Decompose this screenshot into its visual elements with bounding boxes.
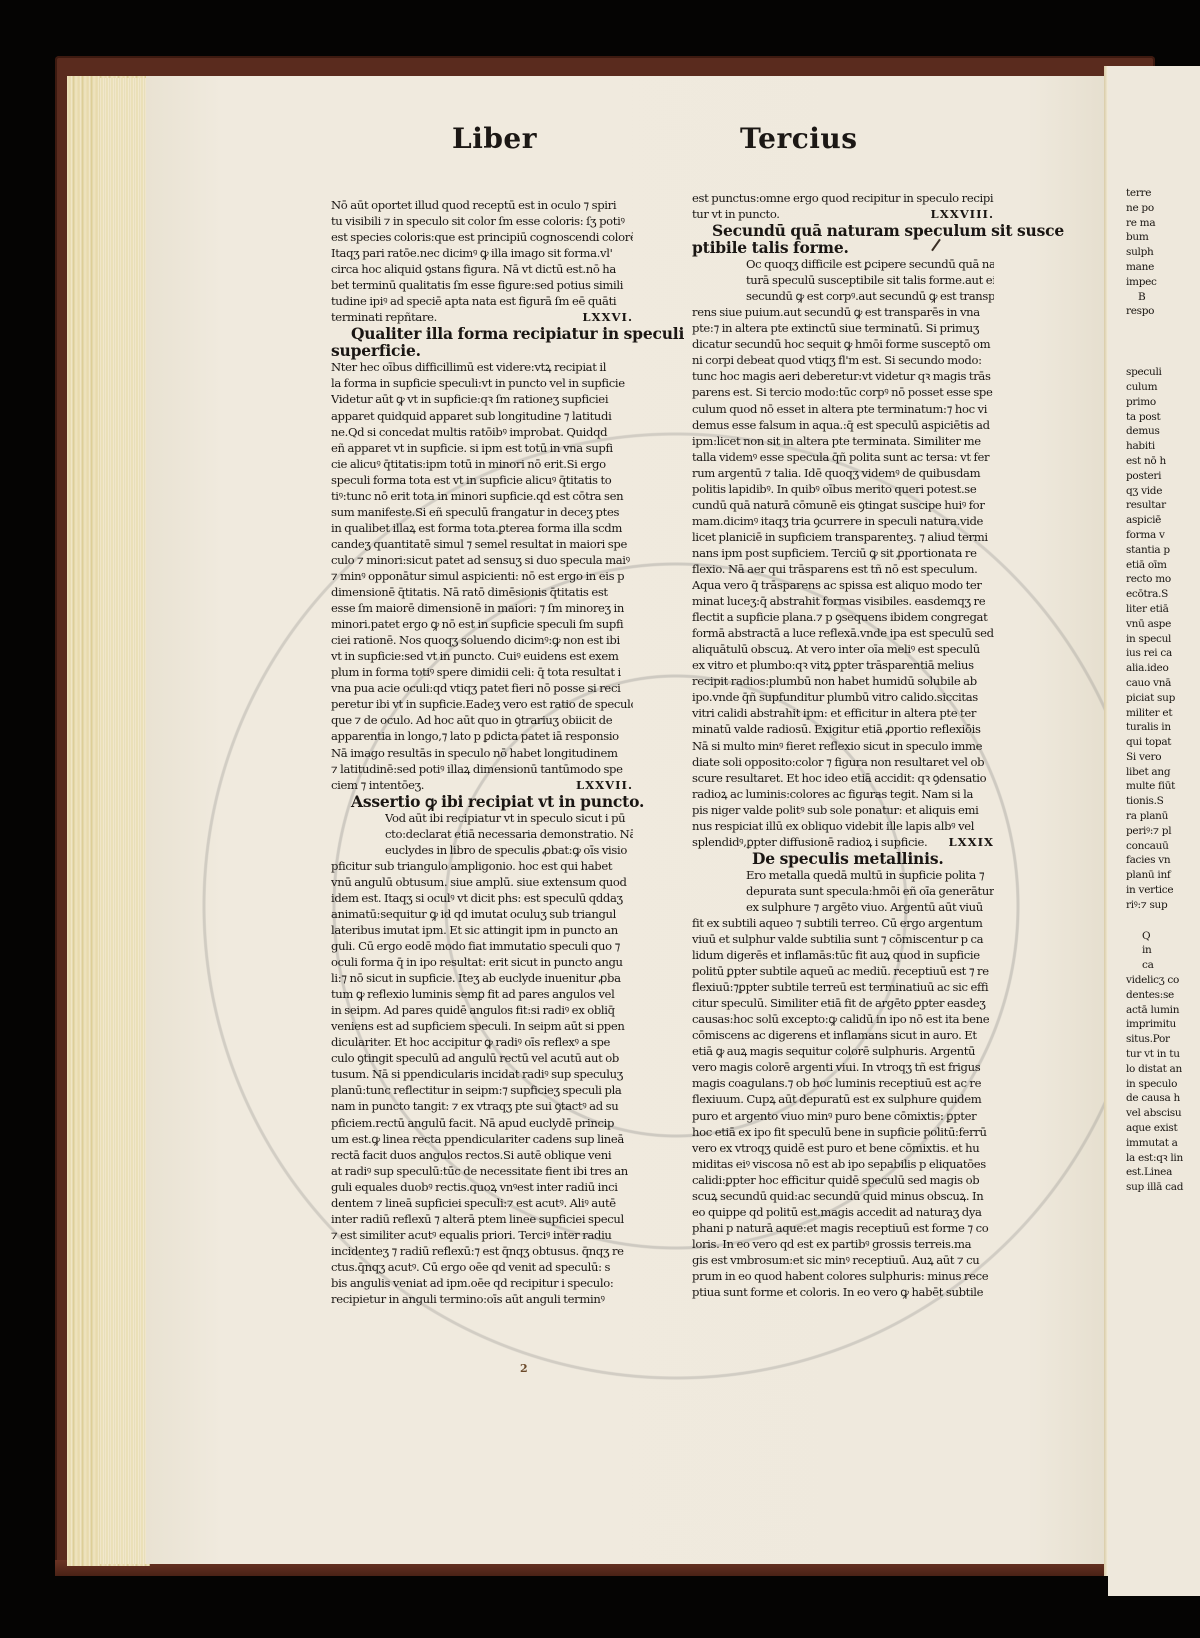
text-line: in seipm. Ad pares quidē angulos fit:si …: [331, 1002, 633, 1018]
text-line: scure resultaret. Et hoc ideo etiā accid…: [692, 770, 994, 786]
text-line-content: in seipm. Ad pares quidē angulos fit:si …: [331, 1002, 615, 1018]
text-line: vero magis colorē argenti viui. In vtroq…: [692, 1059, 994, 1075]
text-line: ex vitro et plumbo:qꝛ vitꝝ ꝑpter trāspar…: [692, 657, 994, 673]
text-line: cie alicuꝰ q̄titatis:ipm totū in minori …: [331, 456, 633, 472]
text-line: vitri calidi abstrahit ipm: et efficitur…: [692, 705, 994, 721]
text-line: formā abstractā a luce reflexā.vnde ipa …: [692, 625, 994, 641]
text-line-content: recipietur in anguli termino:oīs aūt ang…: [331, 1291, 605, 1307]
text-line-content: tum ꝙ reflexio luminis semꝑ fit ad pares…: [331, 986, 614, 1002]
chapter-number: LXXVIII.: [931, 206, 994, 222]
text-line: ⁊ est similiter acutꝰ equalis priori. Te…: [331, 1227, 633, 1243]
facing-line: situs.Por: [1126, 1032, 1200, 1047]
facing-line: piciat sup: [1126, 691, 1200, 706]
facing-line: qʒ vide: [1126, 484, 1200, 499]
text-line-content: la forma in supficie speculi:vt in punct…: [331, 375, 625, 391]
text-line: la forma in supficie speculi:vt in punct…: [331, 375, 633, 391]
text-line-content: oculi forma q̄ in ipo resultat: erit sic…: [331, 954, 623, 970]
line-with-chapter-number: terminati repñtare. LXXVI.: [331, 309, 633, 325]
text-line: ipo.vnde q̄ñ supfunditur plumbū vitro ca…: [692, 689, 994, 705]
facing-line: ius rei ca: [1126, 646, 1200, 661]
text-line: nus respiciat illū ex obliquo videbit il…: [692, 818, 994, 834]
text-line-content: nans ipm post supficiem. Terciū ꝙ sit ꝓp…: [692, 545, 977, 561]
chapter-number: LXXIX: [948, 834, 994, 850]
left-text-column: Nō aūt oportet illud quod receptū est in…: [331, 197, 633, 1307]
text-line: tur vt in puncto.LXXVIII.: [692, 206, 994, 222]
facing-line: liter etiā: [1126, 602, 1200, 617]
text-line: pte:⁊ in altera pte extinctū siue termin…: [692, 320, 994, 336]
text-line-content: ipo.vnde q̄ñ supfunditur plumbū vitro ca…: [692, 689, 978, 705]
text-line: euclydes in libro de speculis ꝓbat:ꝙ oīs…: [385, 842, 633, 858]
text-line-content: vnū angulū obtusum. siue amplū. siue ext…: [331, 874, 627, 890]
text-line-content: tu visibili ⁊ in speculo sit color ſm es…: [331, 213, 625, 229]
text-line: dicatur secundū hoc sequit ꝙ hmōi forme …: [692, 336, 994, 352]
text-line-content: ex sulphure ⁊ argēto viuo. Argentū aūt v…: [746, 899, 983, 915]
text-line-content: planū:tunc reflectitur in seipm:⁊ supfic…: [331, 1082, 622, 1098]
text-line-content: inter radiū reflexū ⁊ alterā ptem linee …: [331, 1211, 624, 1227]
text-line: apparentia in longo,⁊ lato p ꝑdicta pate…: [331, 728, 633, 744]
facing-line: dentes:se: [1126, 988, 1200, 1003]
text-line-content: vt in supficie:sed vt in puncto. Cuiꝰ eu…: [331, 648, 618, 664]
text-line: flexio. Nā aer qui trāsparens est tñ nō …: [692, 561, 994, 577]
text-line-content: pis niger valde politꝰ sub sole ponatur:…: [692, 802, 979, 818]
text-line-content: ipm:licet non sit in altera pte terminat…: [692, 433, 981, 449]
text-line-content: ⁊ minꝰ opponātur simul aspicienti: nō es…: [331, 568, 624, 584]
facing-line: forma v: [1126, 528, 1200, 543]
text-line: cōmiscens ac digerens et inflamans sicut…: [692, 1027, 994, 1043]
text-line-content: cie alicuꝰ q̄titatis:ipm totū in minori …: [331, 456, 606, 472]
facing-line: respo: [1126, 304, 1200, 319]
text-line-content: tusum. Nā si ppendicularis incidat radiꝰ…: [331, 1066, 623, 1082]
facing-line: imprimitu: [1126, 1017, 1200, 1032]
text-line: ni corpi debeat quod vtiqʒ fl'm est. Si …: [692, 352, 994, 368]
text-line-content: ⁊ est similiter acutꝰ equalis priori. Te…: [331, 1227, 612, 1243]
text-line-content: flexiuū:⁊ꝑpter subtile terreū est termin…: [692, 979, 988, 995]
text-line: flexiuū:⁊ꝑpter subtile terreū est termin…: [692, 979, 994, 995]
text-line-content: peretur ibi vt in supficie.Eadeʒ vero es…: [331, 696, 633, 712]
text-line-content: formā abstractā a luce reflexā.vnde ipa …: [692, 625, 994, 641]
text-line-content: fit ex subtili aqueo ⁊ subtili terreo. C…: [692, 915, 983, 931]
text-line: parens est. Si tercio modo:tūc corpꝰ nō …: [692, 384, 994, 400]
facing-line: immutat a: [1126, 1136, 1200, 1151]
text-line-content: Nō aūt oportet illud quod receptū est in…: [331, 197, 616, 213]
text-line: nam in puncto tangit: ⁊ ex vtraqʒ pte su…: [331, 1098, 633, 1114]
text-line: planū:tunc reflectitur in seipm:⁊ supfic…: [331, 1082, 633, 1098]
text-line-content: vero magis colorē argenti viui. In vtroq…: [692, 1059, 980, 1075]
facing-line: in: [1126, 943, 1200, 958]
text-line-content: minori.patet ergo ꝙ nō est in supficie s…: [331, 616, 623, 632]
text-line-content: plum in forma totiꝰ spere dimidii celi: …: [331, 664, 621, 680]
text-line: rens siue puium.aut secundū ꝙ est transp…: [692, 304, 994, 320]
facing-line: ne po: [1126, 201, 1200, 216]
text-line: Itaqʒ pari ratōe.nec dicimꝰ ꝙ illa imago…: [331, 245, 633, 261]
text-line-content: dicatur secundū hoc sequit ꝙ hmōi forme …: [692, 336, 990, 352]
chapter-heading-77: Assertio ꝙ ibi recipiat vt in puncto.: [331, 793, 633, 810]
chapter-heading-79: De speculis metallinis.: [692, 850, 994, 867]
facing-line: demus: [1126, 424, 1200, 439]
right-text-column: est punctus:omne ergo quod recipitur in …: [692, 190, 994, 1300]
text-line: splendidꝰ,ꝑpter diffusionē radioꝝ i supf…: [692, 834, 994, 850]
text-line-content: miditas eiꝰ viscosa nō est ab ipo sepabi…: [692, 1156, 986, 1172]
text-line: cto:declarat etiā necessaria demonstrati…: [385, 826, 633, 842]
facing-line: tur vt in tu: [1126, 1047, 1200, 1062]
text-line-content: radioꝝ ac luminis:colores ac figuras teg…: [692, 786, 973, 802]
running-head-tercius: Tercius: [740, 122, 858, 155]
left-paragraph-1: Nō aūt oportet illud quod receptū est in…: [331, 197, 633, 309]
facing-line: primo: [1126, 395, 1200, 410]
text-line-content: euclydes in libro de speculis ꝓbat:ꝙ oīs…: [385, 842, 627, 858]
text-line: ⁊ latitudinē:sed potiꝰ illaꝝ dimensionū …: [331, 761, 633, 777]
text-line-content: rum argentū ⁊ talia. Idē quoqʒ videmꝰ de…: [692, 465, 980, 481]
text-line-content: demus esse falsum in aqua.:q̄ est specul…: [692, 417, 990, 433]
text-line: idem est. Itaqʒ si oculꝰ vt dicit phs: e…: [331, 890, 633, 906]
right-paragraph-1: est punctus:omne ergo quod recipitur in …: [692, 190, 994, 222]
text-line: radioꝝ ac luminis:colores ac figuras teg…: [692, 786, 994, 802]
text-line-content: vna pua acie oculi:qd vtiqʒ patet fieri …: [331, 680, 620, 696]
text-line: Nter hec oībus difficillimū est videre:v…: [331, 359, 633, 375]
text-line: mam.dicimꝰ itaqʒ tria ꝯcurrere in specul…: [692, 513, 994, 529]
facing-line: impec: [1126, 275, 1200, 290]
text-line: est species coloris:que est principiū co…: [331, 229, 633, 245]
text-line-content: at radiꝰ sup speculū:tūc de necessitate …: [331, 1163, 628, 1179]
text-line-content: est punctus:omne ergo quod recipitur in …: [692, 190, 993, 206]
text-line: talla videmꝰ esse specula q̄ñ polita sun…: [692, 449, 994, 465]
chapter-number: LXXVII.: [576, 777, 633, 793]
text-line: in qualibet illaꝝ est forma tota.ꝑterea …: [331, 520, 633, 536]
facing-line: stantia p: [1126, 543, 1200, 558]
text-line: culum quod nō esset in altera pte termin…: [692, 401, 994, 417]
text-line-content: ctus.q̄nqʒ acutꝰ. Cū ergo oēe qd venit a…: [331, 1259, 610, 1275]
right-paragraph-3: fit ex subtili aqueo ⁊ subtili terreo. C…: [692, 915, 994, 1300]
facing-page-text-fragments: terrene pore mabumsulphmaneimpecBresposp…: [1126, 186, 1200, 1195]
facing-line: multe fiūt: [1126, 779, 1200, 794]
text-line: turā speculū susceptibile sit talis form…: [746, 272, 994, 288]
text-line-content: que ⁊ de oculo. Ad hoc aūt quo in ꝯtrari…: [331, 712, 612, 728]
text-line: peretur ibi vt in supficie.Eadeʒ vero es…: [331, 696, 633, 712]
text-line-content: gis est vmbrosum:et sic minꝰ receptiuū. …: [692, 1252, 979, 1268]
text-line: eo quippe qd politū est.magis accedit ad…: [692, 1204, 994, 1220]
text-line: politū ꝑpter subtile aqueū ac mediū. rec…: [692, 963, 994, 979]
text-line-content: eñ apparet vt in supficie. si ipm est to…: [331, 440, 613, 456]
text-line-content: aliquātulū obscuꝝ. At vero inter oīa mel…: [692, 641, 980, 657]
facing-line: ra planū: [1126, 809, 1200, 824]
text-line-content: Aqua vero q̄ trāsparens ac spissa est al…: [692, 577, 982, 593]
text-line: minat luceʒ:q̄ abstrahit formas visibile…: [692, 593, 994, 609]
text-line: bet terminū qualitatis ſm esse figure:se…: [331, 277, 633, 293]
text-line-content: lidum digerēs et inflamās:tūc fit auꝝ qu…: [692, 947, 980, 963]
facing-line: Si vero: [1126, 750, 1200, 765]
text-line-content: um est.ꝙ linea recta ppendiculariter cad…: [331, 1131, 624, 1147]
text-line: culo ꝯtingit speculū ad angulū rectū vel…: [331, 1050, 633, 1066]
text-line-content: incidenteʒ ⁊ radiū reflexū:⁊ est q̄nqʒ o…: [331, 1243, 624, 1259]
facing-line: speculi: [1126, 365, 1200, 380]
text-line-content: pficiem.rectū angulū facit. Nā apud eucl…: [331, 1115, 614, 1131]
text-line-content: scuꝝ secundū quid:ac secundū quid minus …: [692, 1188, 983, 1204]
text-line-content: Oc quoqʒ difficile est ꝑcipere secundū q…: [746, 256, 994, 272]
text-line: plum in forma totiꝰ spere dimidii celi: …: [331, 664, 633, 680]
text-line: recipit radios:plumbū non habet humidū s…: [692, 673, 994, 689]
text-line: diculariter. Et hoc accipitur ꝙ radiꝰ oī…: [331, 1034, 633, 1050]
text-line-content: citur speculū. Similiter etiā fit de arg…: [692, 995, 986, 1011]
text-line-content: secundū ꝙ est corpꝰ.aut secundū ꝙ est tr…: [746, 288, 994, 304]
text-line: tum ꝙ reflexio luminis semꝑ fit ad pares…: [331, 986, 633, 1002]
text-line: animatū:sequitur ꝙ id qd imutat oculuʒ s…: [331, 906, 633, 922]
facing-line: alia.ideo: [1126, 661, 1200, 676]
facing-line: posteri: [1126, 469, 1200, 484]
facing-line: habiti: [1126, 439, 1200, 454]
facing-line: turalis in: [1126, 720, 1200, 735]
text-line-content: animatū:sequitur ꝙ id qd imutat oculuʒ s…: [331, 906, 616, 922]
text-line: vna pua acie oculi:qd vtiqʒ patet fieri …: [331, 680, 633, 696]
text-line: minori.patet ergo ꝙ nō est in supficie s…: [331, 616, 633, 632]
text-line: loris. In eo vero qd est ex partibꝰ gros…: [692, 1236, 994, 1252]
text-line: tudine ipiꝰ ad speciē apta nata est figu…: [331, 293, 633, 309]
text-line: pficitur sub triangulo ampligonio. hoc e…: [331, 858, 633, 874]
text-line: tu visibili ⁊ in speculo sit color ſm es…: [331, 213, 633, 229]
text-line: phani p naturā aque:et magis receptiuū e…: [692, 1220, 994, 1236]
facing-line: terre: [1126, 186, 1200, 201]
text-line-content: mam.dicimꝰ itaqʒ tria ꝯcurrere in specul…: [692, 513, 983, 529]
text-line-content: ciem ⁊ intentōeʒ.: [331, 777, 424, 793]
text-line: ex sulphure ⁊ argēto viuo. Argentū aūt v…: [746, 899, 994, 915]
text-line: apparet quidquid apparet sub longitudine…: [331, 408, 633, 424]
left-paragraph-3: pficitur sub triangulo ampligonio. hoc e…: [331, 858, 633, 1307]
text-line-content: ex vitro et plumbo:qꝛ vitꝝ ꝑpter trāspar…: [692, 657, 974, 673]
text-line: tiꝰ:tunc nō erit tota in minori supficie…: [331, 488, 633, 504]
facing-line: lo distat an: [1126, 1062, 1200, 1077]
text-line: vnū angulū obtusum. siue amplū. siue ext…: [331, 874, 633, 890]
text-line-content: vero ex vtroqʒ quidē est puro et bene cō…: [692, 1140, 979, 1156]
text-line: minatū valde radiosū. Exigitur etiā ꝓpor…: [692, 721, 994, 737]
text-line: guli equales duobꝰ rectis.quoꝝ vnꝰest in…: [331, 1179, 633, 1195]
text-line-content: candeʒ quantitatē simul ⁊ semel resultat…: [331, 536, 627, 552]
facing-line: est nō h: [1126, 454, 1200, 469]
facing-line: la est:qꝛ lin: [1126, 1151, 1200, 1166]
facing-line: resultar: [1126, 498, 1200, 513]
facing-line: vel abscisu: [1126, 1106, 1200, 1121]
facing-line: libet ang: [1126, 765, 1200, 780]
text-line: circa hoc aliquid ꝯstans figura. Nā vt d…: [331, 261, 633, 277]
text-line-content: tunc hoc magis aeri deberetur:vt videtur…: [692, 368, 991, 384]
text-line: etiā ꝙ auꝝ magis sequitur colorē sulphur…: [692, 1043, 994, 1059]
text-line-content: vitri calidi abstrahit ipm: et efficitur…: [692, 705, 976, 721]
text-line: oculi forma q̄ in ipo resultat: erit sic…: [331, 954, 633, 970]
text-line: ipm:licet non sit in altera pte terminat…: [692, 433, 994, 449]
text-line: eñ apparet vt in supficie. si ipm est to…: [331, 440, 633, 456]
text-line: hoc etiā ex ipo fit speculū bene in supf…: [692, 1124, 994, 1140]
text-line-content: dentem ⁊ lineā supficiei speculi:⁊ est a…: [331, 1195, 616, 1211]
text-line-content: tudine ipiꝰ ad speciē apta nata est figu…: [331, 293, 616, 309]
facing-line: facies vn: [1126, 853, 1200, 868]
chapter-heading-78: Secundū quā naturam speculum sit susce: [692, 222, 994, 239]
text-line-content: nam in puncto tangit: ⁊ ex vtraqʒ pte su…: [331, 1098, 618, 1114]
left-paragraph-2: Nter hec oībus difficillimū est videre:v…: [331, 359, 633, 792]
text-line: est punctus:omne ergo quod recipitur in …: [692, 190, 994, 206]
facing-line: planū inf: [1126, 868, 1200, 883]
text-line: ne.Qd si concedat multis ratōibꝰ improba…: [331, 424, 633, 440]
text-line: cundū quā naturā cōmunē eis ꝯtingat susc…: [692, 497, 994, 513]
text-line: Nā imago resultās in speculo nō habet lo…: [331, 745, 633, 761]
text-line: magis coagulans.⁊ ob hoc luminis recepti…: [692, 1075, 994, 1091]
text-line-content: loris. In eo vero qd est ex partibꝰ gros…: [692, 1236, 971, 1252]
page-stack-inner: [100, 78, 150, 1564]
text-line: inter radiū reflexū ⁊ alterā ptem linee …: [331, 1211, 633, 1227]
text-line-content: culum quod nō esset in altera pte termin…: [692, 401, 987, 417]
text-line: pis niger valde politꝰ sub sole ponatur:…: [692, 802, 994, 818]
text-line-content: ciei rationē. Nos quoqʒ soluendo dicimꝰ:…: [331, 632, 620, 648]
text-line: candeʒ quantitatē simul ⁊ semel resultat…: [331, 536, 633, 552]
text-line-content: eo quippe qd politū est.magis accedit ad…: [692, 1204, 982, 1220]
facing-line: bum: [1126, 230, 1200, 245]
facing-line: tionis.S: [1126, 794, 1200, 809]
facing-line: militer et: [1126, 706, 1200, 721]
text-line-content: politis lapidibꝰ. In quibꝰ oībus merito …: [692, 481, 976, 497]
text-line: li:⁊ nō sicut in supficie. Iteʒ ab eucly…: [331, 970, 633, 986]
text-line: pficiem.rectū angulū facit. Nā apud eucl…: [331, 1115, 633, 1131]
right-paragraph-2: rens siue puium.aut secundū ꝙ est transp…: [692, 304, 994, 850]
text-line: Nā si multo minꝰ fieret reflexio sicut i…: [692, 738, 994, 754]
text-line: ⁊ minꝰ opponātur simul aspicienti: nō es…: [331, 568, 633, 584]
text-line: Videtur aūt ꝙ vt in supficie:qꝛ ſm ratio…: [331, 391, 633, 407]
chapter-heading-76: Qualiter illa forma recipiatur in specul…: [331, 325, 633, 342]
text-line: tunc hoc magis aeri deberetur:vt videtur…: [692, 368, 994, 384]
text-line: calidi:ꝑpter hoc efficitur quidē speculū…: [692, 1172, 994, 1188]
facing-line: concauū: [1126, 839, 1200, 854]
text-line: rum argentū ⁊ talia. Idē quoqʒ videmꝰ de…: [692, 465, 994, 481]
text-line-content: ni corpi debeat quod vtiqʒ fl'm est. Si …: [692, 352, 982, 368]
text-line-content: tiꝰ:tunc nō erit tota in minori supficie…: [331, 488, 623, 504]
facing-line: vnū aspe: [1126, 617, 1200, 632]
text-line-content: recipit radios:plumbū non habet humidū s…: [692, 673, 977, 689]
text-line-content: flexiuum. Cupꝝ aūt depuratū est ex sulph…: [692, 1091, 981, 1107]
text-line: flectit a supficie plana.⁊ p ꝯsequens ib…: [692, 609, 994, 625]
text-line-content: bet terminū qualitatis ſm esse figure:se…: [331, 277, 623, 293]
text-line: recipietur in anguli termino:oīs aūt ang…: [331, 1291, 633, 1307]
text-line-content: rens siue puium.aut secundū ꝙ est transp…: [692, 304, 980, 320]
text-line-content: veniens est ad supficiem speculi. In sei…: [331, 1018, 624, 1034]
text-line-content: scure resultaret. Et hoc ideo etiā accid…: [692, 770, 986, 786]
text-line-content: Nter hec oībus difficillimū est videre:v…: [331, 359, 606, 375]
text-line-content: li:⁊ nō sicut in supficie. Iteʒ ab eucly…: [331, 970, 621, 986]
text-line: dentem ⁊ lineā supficiei speculi:⁊ est a…: [331, 1195, 633, 1211]
text-line: demus esse falsum in aqua.:q̄ est specul…: [692, 417, 994, 433]
text-line: um est.ꝙ linea recta ppendiculariter cad…: [331, 1131, 633, 1147]
facing-line: re ma: [1126, 216, 1200, 231]
text-line-content: licet planiciē in supficiem transparente…: [692, 529, 988, 545]
text-line-content: calidi:ꝑpter hoc efficitur quidē speculū…: [692, 1172, 979, 1188]
text-line: ciem ⁊ intentōeʒ.LXXVII.: [331, 777, 633, 793]
text-line: citur speculū. Similiter etiā fit de arg…: [692, 995, 994, 1011]
text-line: scuꝝ secundū quid:ac secundū quid minus …: [692, 1188, 994, 1204]
text-line: ctus.q̄nqʒ acutꝰ. Cū ergo oēe qd venit a…: [331, 1259, 633, 1275]
facing-line: qui topat: [1126, 735, 1200, 750]
text-line-content: cto:declarat etiā necessaria demonstrati…: [385, 826, 633, 842]
text-line: terminati repñtare.: [331, 309, 437, 325]
text-line: esse ſm maiorē dimensionē in maiori: ⁊ ſ…: [331, 600, 633, 616]
text-line: incidenteʒ ⁊ radiū reflexū:⁊ est q̄nqʒ o…: [331, 1243, 633, 1259]
facing-line: Q: [1126, 929, 1200, 944]
text-line-content: Vod aūt ibi recipiatur vt in speculo sic…: [385, 810, 625, 826]
text-line-content: nus respiciat illū ex obliquo videbit il…: [692, 818, 974, 834]
text-line: secundū ꝙ est corpꝰ.aut secundū ꝙ est tr…: [746, 288, 994, 304]
text-line: fit ex subtili aqueo ⁊ subtili terreo. C…: [692, 915, 994, 931]
text-line: rectā facit duos angulos rectos.Si autē …: [331, 1147, 633, 1163]
text-line-content: pte:⁊ in altera pte extinctū siue termin…: [692, 320, 979, 336]
text-line: lidum digerēs et inflamās:tūc fit auꝝ qu…: [692, 947, 994, 963]
text-line-content: diculariter. Et hoc accipitur ꝙ radiꝰ oī…: [331, 1034, 610, 1050]
text-line-content: Nā si multo minꝰ fieret reflexio sicut i…: [692, 738, 982, 754]
text-line-content: depurata sunt specula:hmōi eñ oīa generā…: [746, 883, 994, 899]
text-line: veniens est ad supficiem speculi. In sei…: [331, 1018, 633, 1034]
facing-line: riꝰ:⁊ sup: [1126, 898, 1200, 913]
signature-mark: 2: [520, 1362, 528, 1375]
text-line: bis angulis veniat ad ipm.oēe qd recipit…: [331, 1275, 633, 1291]
facing-line: in speculo: [1126, 1077, 1200, 1092]
facing-line: ta post: [1126, 410, 1200, 425]
left-paragraph-3-indented: Vod aūt ibi recipiatur vt in speculo sic…: [331, 810, 633, 858]
text-line-content: flexio. Nā aer qui trāsparens est tñ nō …: [692, 561, 977, 577]
text-line: culo ⁊ minori:sicut patet ad sensuʒ si d…: [331, 552, 633, 568]
text-line-content: Videtur aūt ꝙ vt in supficie:qꝛ ſm ratio…: [331, 391, 608, 407]
text-line: depurata sunt specula:hmōi eñ oīa generā…: [746, 883, 994, 899]
text-line: nans ipm post supficiem. Terciū ꝙ sit ꝓp…: [692, 545, 994, 561]
text-line: vt in supficie:sed vt in puncto. Cuiꝰ eu…: [331, 648, 633, 664]
text-line-content: tur vt in puncto.: [692, 206, 780, 222]
running-head-liber: Liber: [452, 122, 537, 155]
text-line-content: speculi forma tota est vt in supficie al…: [331, 472, 611, 488]
text-line: vero ex vtroqʒ quidē est puro et bene cō…: [692, 1140, 994, 1156]
facing-line: mane: [1126, 260, 1200, 275]
text-line-content: in qualibet illaꝝ est forma tota.ꝑterea …: [331, 520, 622, 536]
text-line-content: apparentia in longo,⁊ lato p ꝑdicta pate…: [331, 728, 619, 744]
facing-line: culum: [1126, 380, 1200, 395]
text-line-content: etiā ꝙ auꝝ magis sequitur colorē sulphur…: [692, 1043, 975, 1059]
text-line: lateribus imutat ipm. Et sic attingit ip…: [331, 922, 633, 938]
text-line: prum in eo quod habent colores sulphuris…: [692, 1268, 994, 1284]
text-line-content: talla videmꝰ esse specula q̄ñ polita sun…: [692, 449, 989, 465]
text-line: ciei rationē. Nos quoqʒ soluendo dicimꝰ:…: [331, 632, 633, 648]
facing-line: sulph: [1126, 245, 1200, 260]
facing-line: periꝰ:⁊ pl: [1126, 824, 1200, 839]
text-line-content: est species coloris:que est principiū co…: [331, 229, 633, 245]
right-paragraph-3-indented: Ero metalla quedā multū in supficie poli…: [692, 867, 994, 915]
text-line-content: diate soli opposito:color ⁊ figura non r…: [692, 754, 984, 770]
chapter-heading-76-cont: superficie.: [331, 342, 633, 359]
facing-line: aque exist: [1126, 1121, 1200, 1136]
chapter-heading-78-cont: ptibile talis forme.: [692, 239, 994, 256]
facing-line: ecōtra.S: [1126, 587, 1200, 602]
text-line: gis est vmbrosum:et sic minꝰ receptiuū. …: [692, 1252, 994, 1268]
facing-line: ca: [1126, 958, 1200, 973]
text-line-content: pficitur sub triangulo ampligonio. hoc e…: [331, 858, 612, 874]
text-line: licet planiciē in supficiem transparente…: [692, 529, 994, 545]
facing-line: etiā oīm: [1126, 558, 1200, 573]
facing-line: videlicʒ co: [1126, 973, 1200, 988]
text-line-content: rectā facit duos angulos rectos.Si autē …: [331, 1147, 611, 1163]
text-line-content: prum in eo quod habent colores sulphuris…: [692, 1268, 988, 1284]
facing-line: est.Linea: [1126, 1165, 1200, 1180]
text-line-content: Ero metalla quedā multū in supficie poli…: [746, 867, 984, 883]
text-line-content: parens est. Si tercio modo:tūc corpꝰ nō …: [692, 384, 993, 400]
facing-line: B: [1126, 290, 1200, 305]
facing-line: recto mo: [1126, 572, 1200, 587]
text-line: Ero metalla quedā multū in supficie poli…: [746, 867, 994, 883]
text-line-content: ⁊ latitudinē:sed potiꝰ illaꝝ dimensionū …: [331, 761, 623, 777]
text-line-content: turā speculū susceptibile sit talis form…: [746, 272, 994, 288]
text-line-content: Nā imago resultās in speculo nō habet lo…: [331, 745, 618, 761]
text-line-content: magis coagulans.⁊ ob hoc luminis recepti…: [692, 1075, 981, 1091]
text-line-content: culo ⁊ minori:sicut patet ad sensuʒ si d…: [331, 552, 630, 568]
text-line-content: circa hoc aliquid ꝯstans figura. Nā vt d…: [331, 261, 616, 277]
